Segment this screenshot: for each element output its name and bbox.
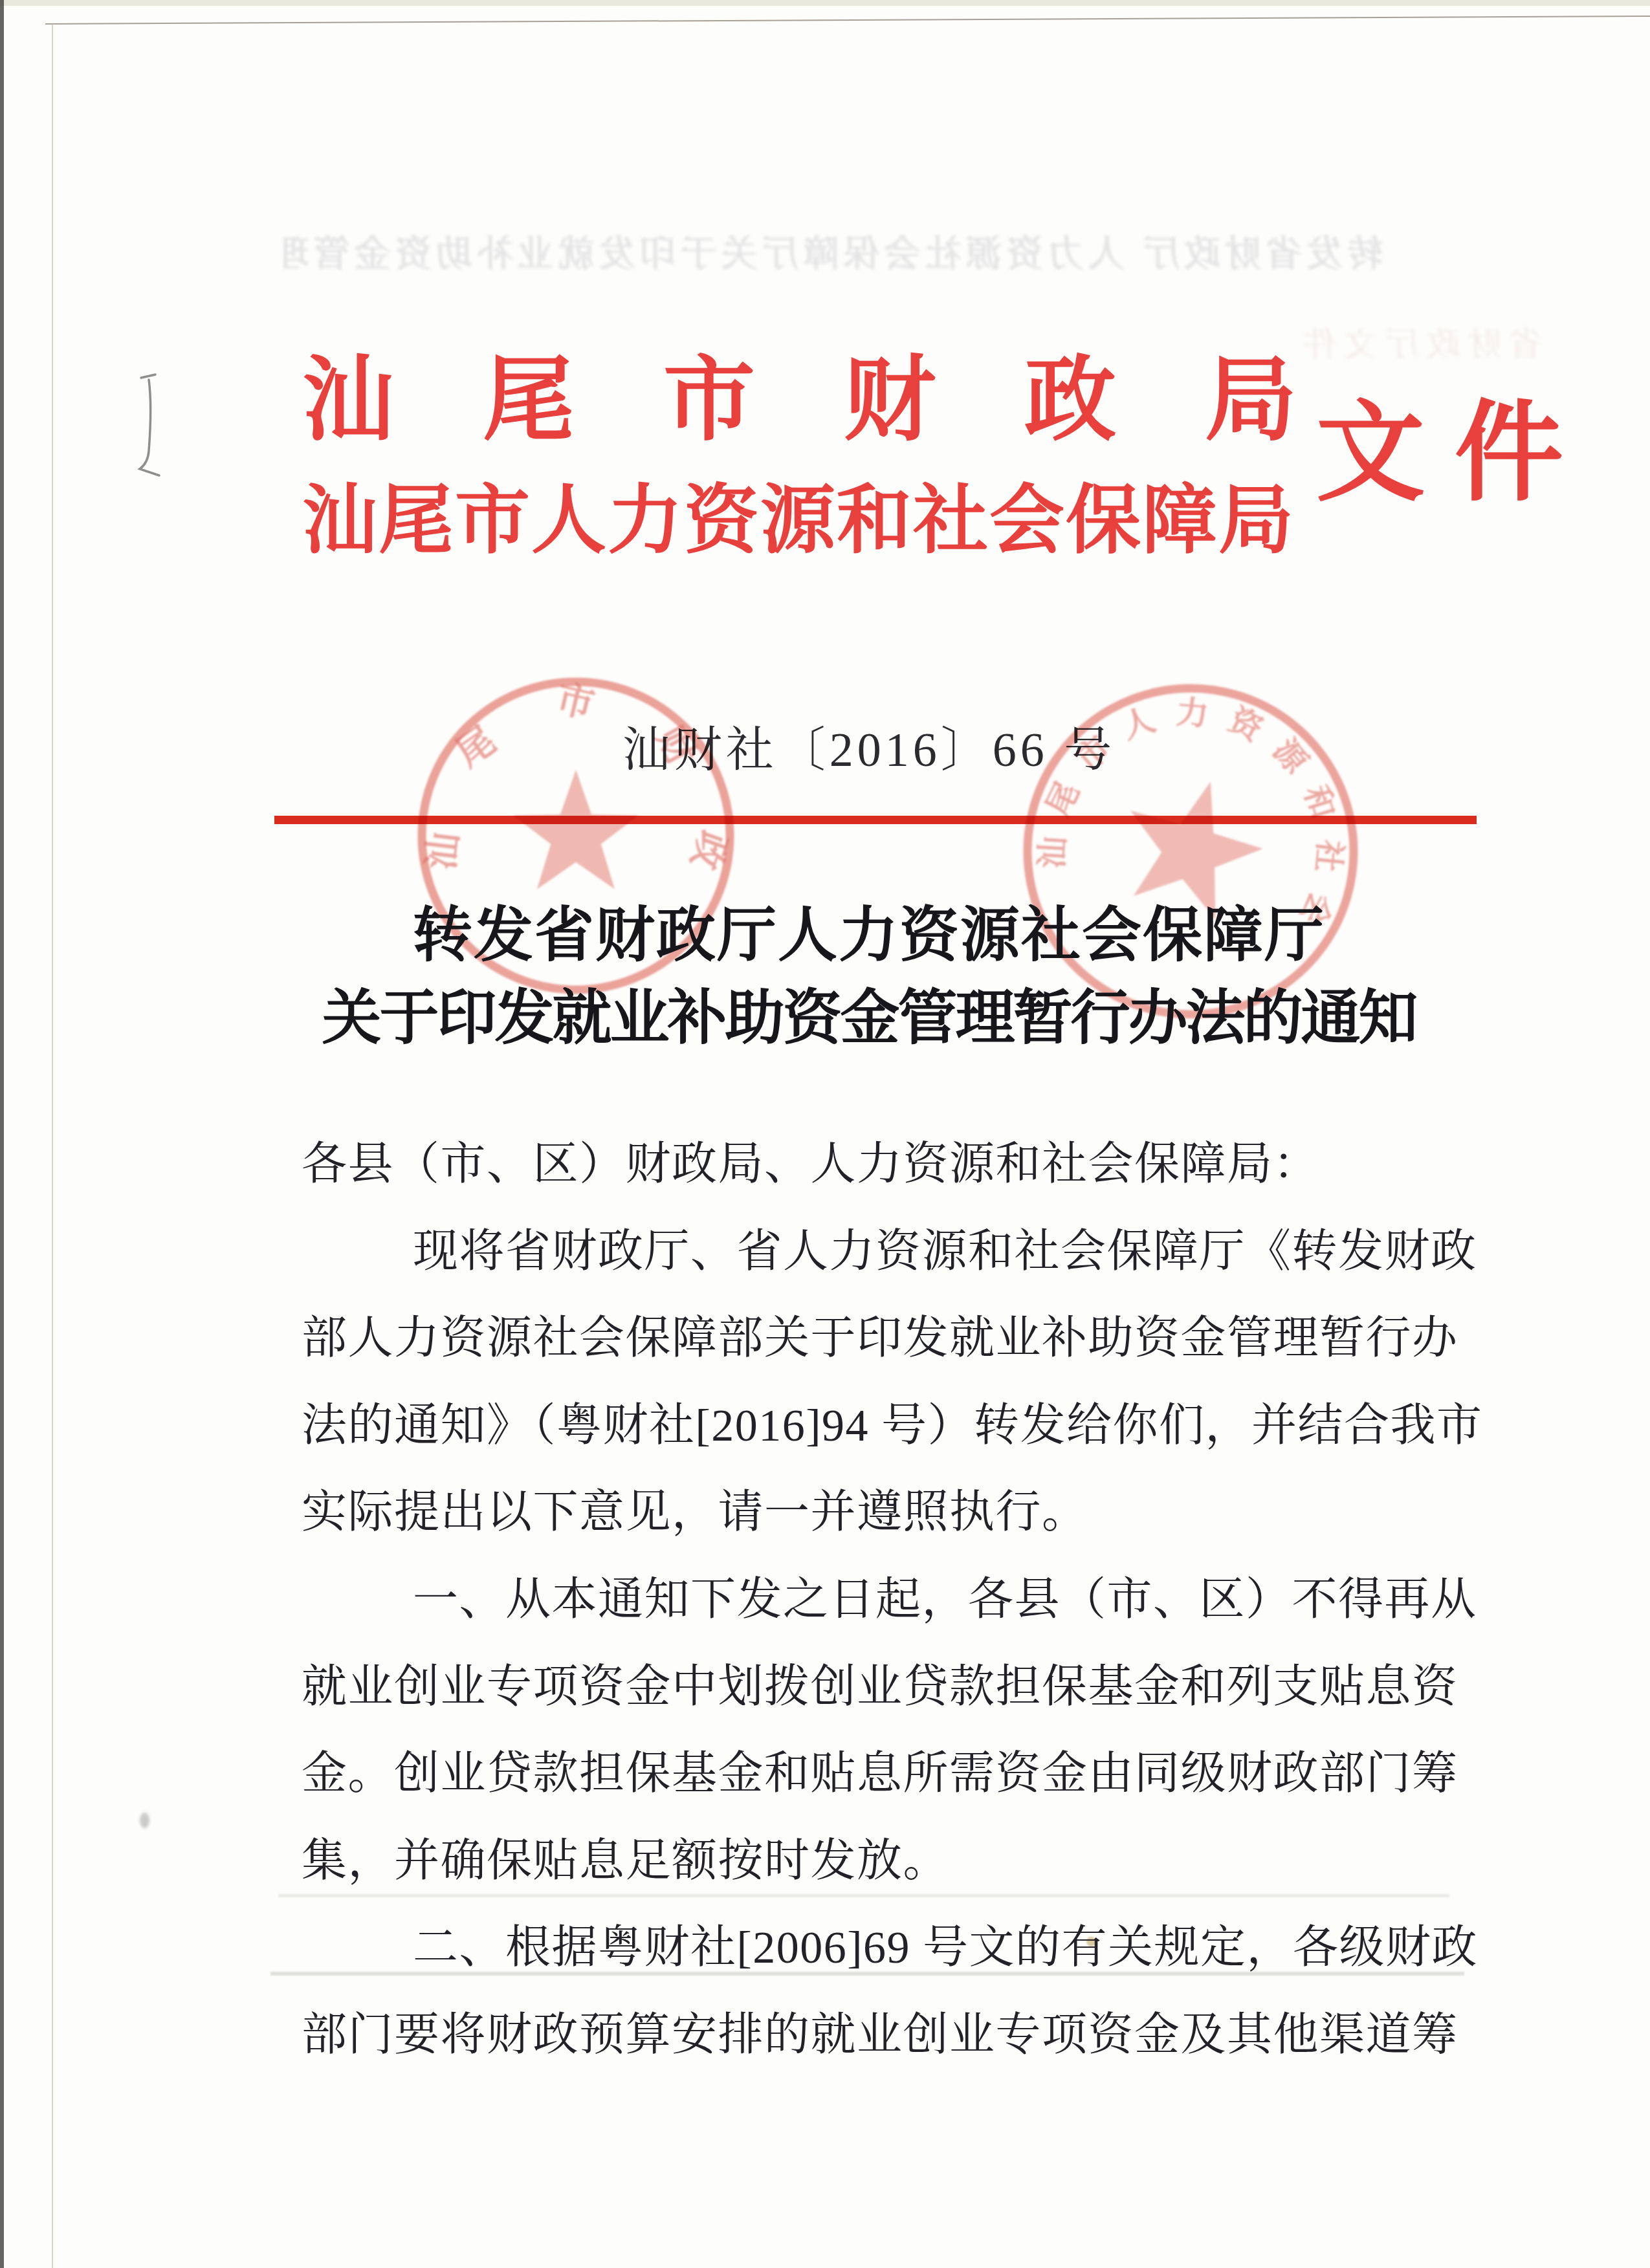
body-line: 金。创业贷款担保基金和贴息所需资金由同级财政部门筹 [302,1731,1466,1818]
body-line: 部门要将财政预算安排的就业创业专项资金及其他渠道筹 [302,1992,1466,2080]
body-line: 法的通知》（粤财社[2016]94 号）转发给你们，并结合我市 [302,1383,1466,1470]
letterhead-agency-2: 汕尾市人力资源和社会保障局 [302,484,1295,559]
body-line: 现将省财政厅、省人力资源和社会保障厅《转发财政 [302,1209,1466,1296]
body-line-item-2: 二、根据粤财社[2006]69 号文的有关规定，各级财政 [302,1905,1466,1992]
pen-mark-artifact [129,367,175,503]
star-icon [513,770,639,889]
scanner-edge-shadow [0,0,4,2268]
document-number: 汕财社〔2016〕66 号 [88,723,1650,778]
title-line-2: 关于印发就业补助资金管理暂行办法的通知 [88,988,1650,1048]
title-line-1: 转发省财政厅人力资源社会保障厅 [88,906,1650,965]
body-line: 就业创业专项资金中划拨创业贷款担保基金和列支贴息资 [302,1644,1466,1732]
letterhead-agency-1: 汕尾市财政局 [302,354,1385,446]
smudge-artifact [140,1813,149,1828]
scanner-top-strip [0,0,1650,6]
paper-top-edge [45,16,1650,25]
letterhead-document-label: 文件 [1316,392,1593,517]
document-title: 转发省财政厅人力资源社会保障厅 关于印发就业补助资金管理暂行办法的通知 [88,906,1650,1048]
scanned-document-page: 转发省财政厅 人力资源社会保障厅关于印发就业补助资金管理暂行 省财政厅文件 汕尾… [0,0,1650,2268]
document-body: 各县（市、区）财政局、人力资源和社会保障局： 现将省财政厅、省人力资源和社会保障… [302,1122,1466,2080]
body-line: 集，并确保贴息足额按时发放。 [302,1818,1466,1906]
body-line: 实际提出以下意见，请一并遵照执行。 [302,1470,1466,1557]
paper-left-edge [52,23,53,2268]
body-line-salutation: 各县（市、区）财政局、人力资源和社会保障局： [302,1122,1466,1209]
body-line: 部人力资源社会保障部关于印发就业补助资金管理暂行办 [302,1296,1466,1383]
bleed-through-text: 转发省财政厅 人力资源社会保障厅关于印发就业补助资金管理暂行 [283,225,1383,277]
body-line-item-1: 一、从本通知下发之日起，各县（市、区）不得再从 [302,1557,1466,1644]
